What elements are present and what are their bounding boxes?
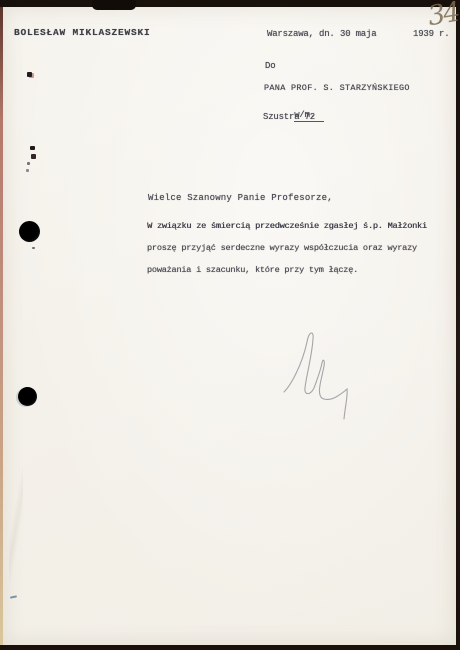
handwritten-page-number: 34 (426, 0, 460, 32)
punch-hole (19, 221, 40, 242)
sender-name: BOLESŁAW MIKLASZEWSKI (14, 27, 151, 38)
ink-speck (27, 162, 30, 165)
ink-speck (32, 247, 35, 249)
punch-hole (18, 387, 37, 406)
letter-paper: BOLESŁAW MIKLASZEWSKI Warszawa, dn. 30 m… (3, 7, 456, 645)
body-line-1: W związku ze śmiercią przedwcześnie zgas… (147, 221, 427, 231)
paper-crease (9, 427, 23, 627)
scanned-letter: BOLESŁAW MIKLASZEWSKI Warszawa, dn. 30 m… (0, 0, 460, 650)
scan-edge-artifact (92, 0, 136, 10)
scan-edge-left (0, 7, 3, 645)
salutation: Wielce Szanowny Panie Profesorze, (148, 193, 333, 203)
body-line-2: proszę przyjąć serdeczne wyrazy współczu… (147, 243, 417, 253)
ink-speck (26, 169, 29, 172)
ink-speck (27, 72, 32, 77)
recipient-street: Szustra 72 (263, 112, 315, 122)
signature (271, 323, 363, 427)
recipient-to-label: Do (265, 61, 275, 71)
body-line-3: poważania i szacunku, które przy tym łąc… (147, 265, 358, 275)
ink-speck (31, 154, 36, 159)
dateline-day: 30 maja (340, 29, 376, 39)
dateline-city: Warszawa, dn. (267, 29, 335, 39)
recipient-name: PANA PROF. S. STARZYŃSKIEGO (264, 83, 410, 93)
ink-speck (30, 146, 35, 150)
